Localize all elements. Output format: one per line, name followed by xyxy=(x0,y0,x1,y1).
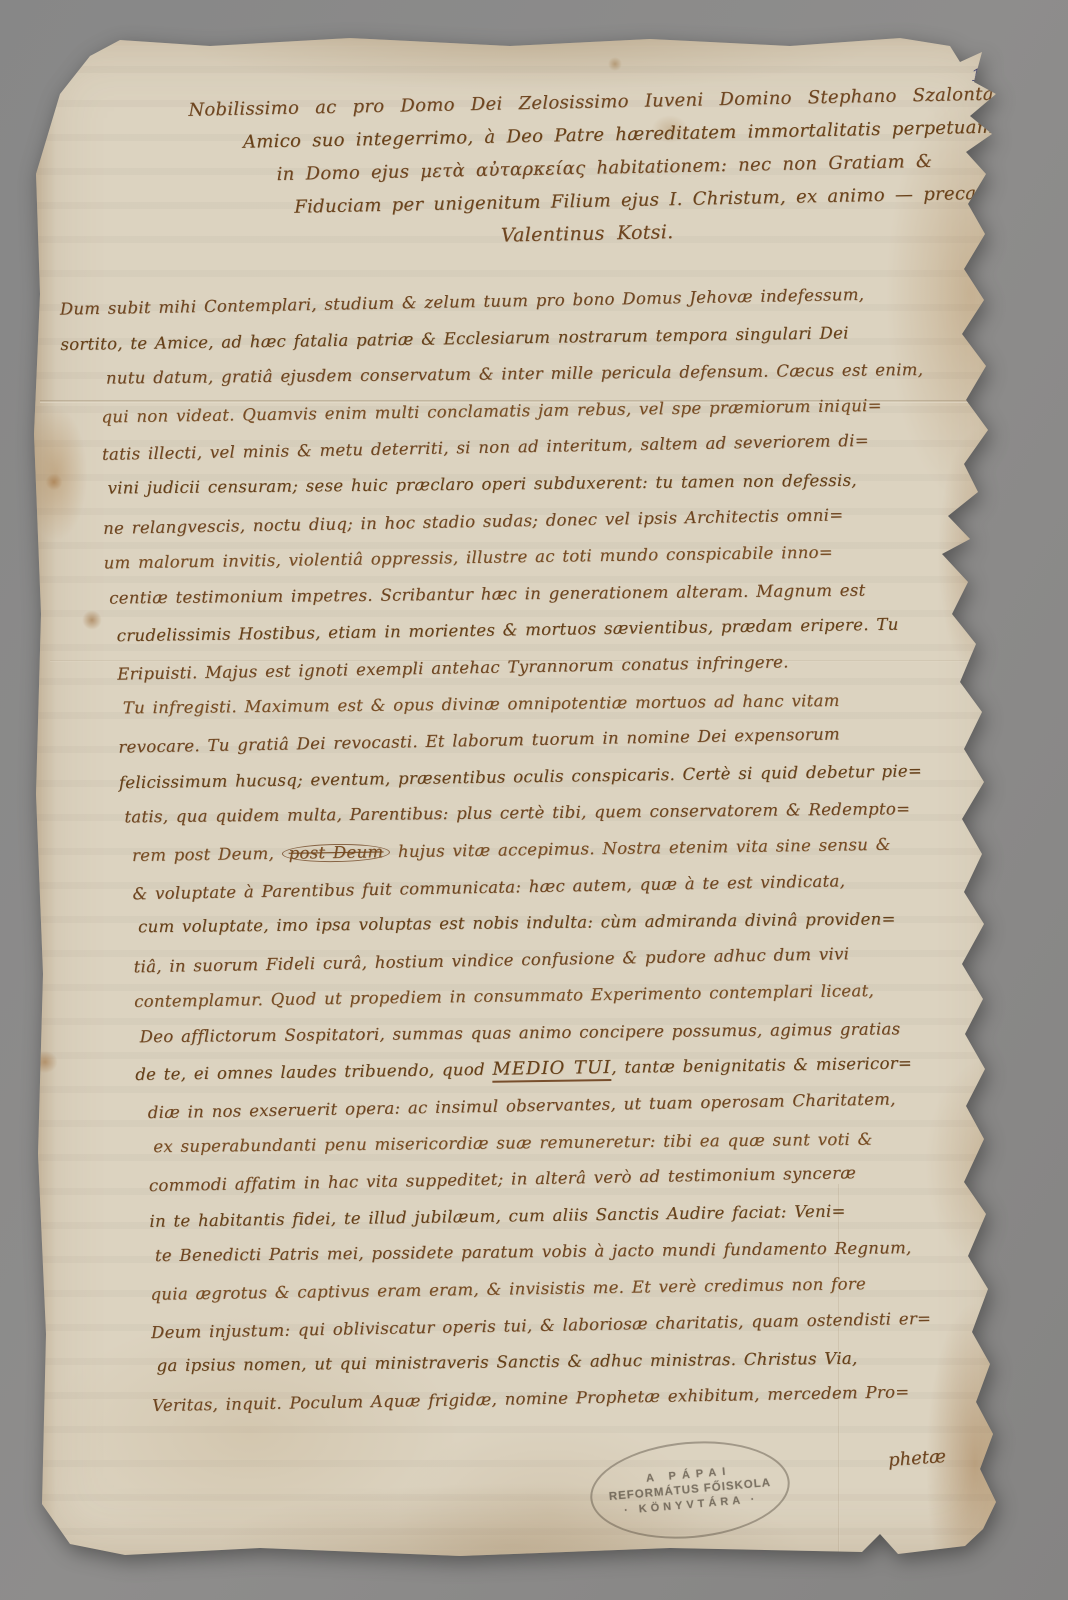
line-text: , tantæ benignitatis & misericor= xyxy=(611,1054,912,1077)
letter-body: Dum subit mihi Contemplari, studium & ze… xyxy=(60,277,989,1425)
paper-sheet: 1 Nobilissimo ac pro Domo Dei Zelosissim… xyxy=(30,34,1012,1562)
manuscript-page: 1 Nobilissimo ac pro Domo Dei Zelosissim… xyxy=(30,34,1012,1562)
struck-text: post Deum xyxy=(281,843,390,863)
letter-salutation: Nobilissimo ac pro Domo Dei Zelosissimo … xyxy=(180,78,1003,259)
line-text: hujus vitæ accepimus. Nostra etenim vita… xyxy=(390,835,890,861)
line-text: de te, ei omnes laudes tribuendo, quod xyxy=(135,1060,492,1084)
stamp-text: A PÁPAI REFORMÁTUS FŐISKOLA · KÖNYVTÁRA … xyxy=(586,1433,794,1546)
underlined-text: MEDIO TUI xyxy=(492,1057,611,1083)
catchword: phetæ xyxy=(887,1446,946,1471)
library-stamp: A PÁPAI REFORMÁTUS FŐISKOLA · KÖNYVTÁRA … xyxy=(586,1433,794,1546)
line-text: rem post Deum, xyxy=(132,844,282,865)
manuscript-scan: 1 Nobilissimo ac pro Domo Dei Zelosissim… xyxy=(0,0,1068,1600)
